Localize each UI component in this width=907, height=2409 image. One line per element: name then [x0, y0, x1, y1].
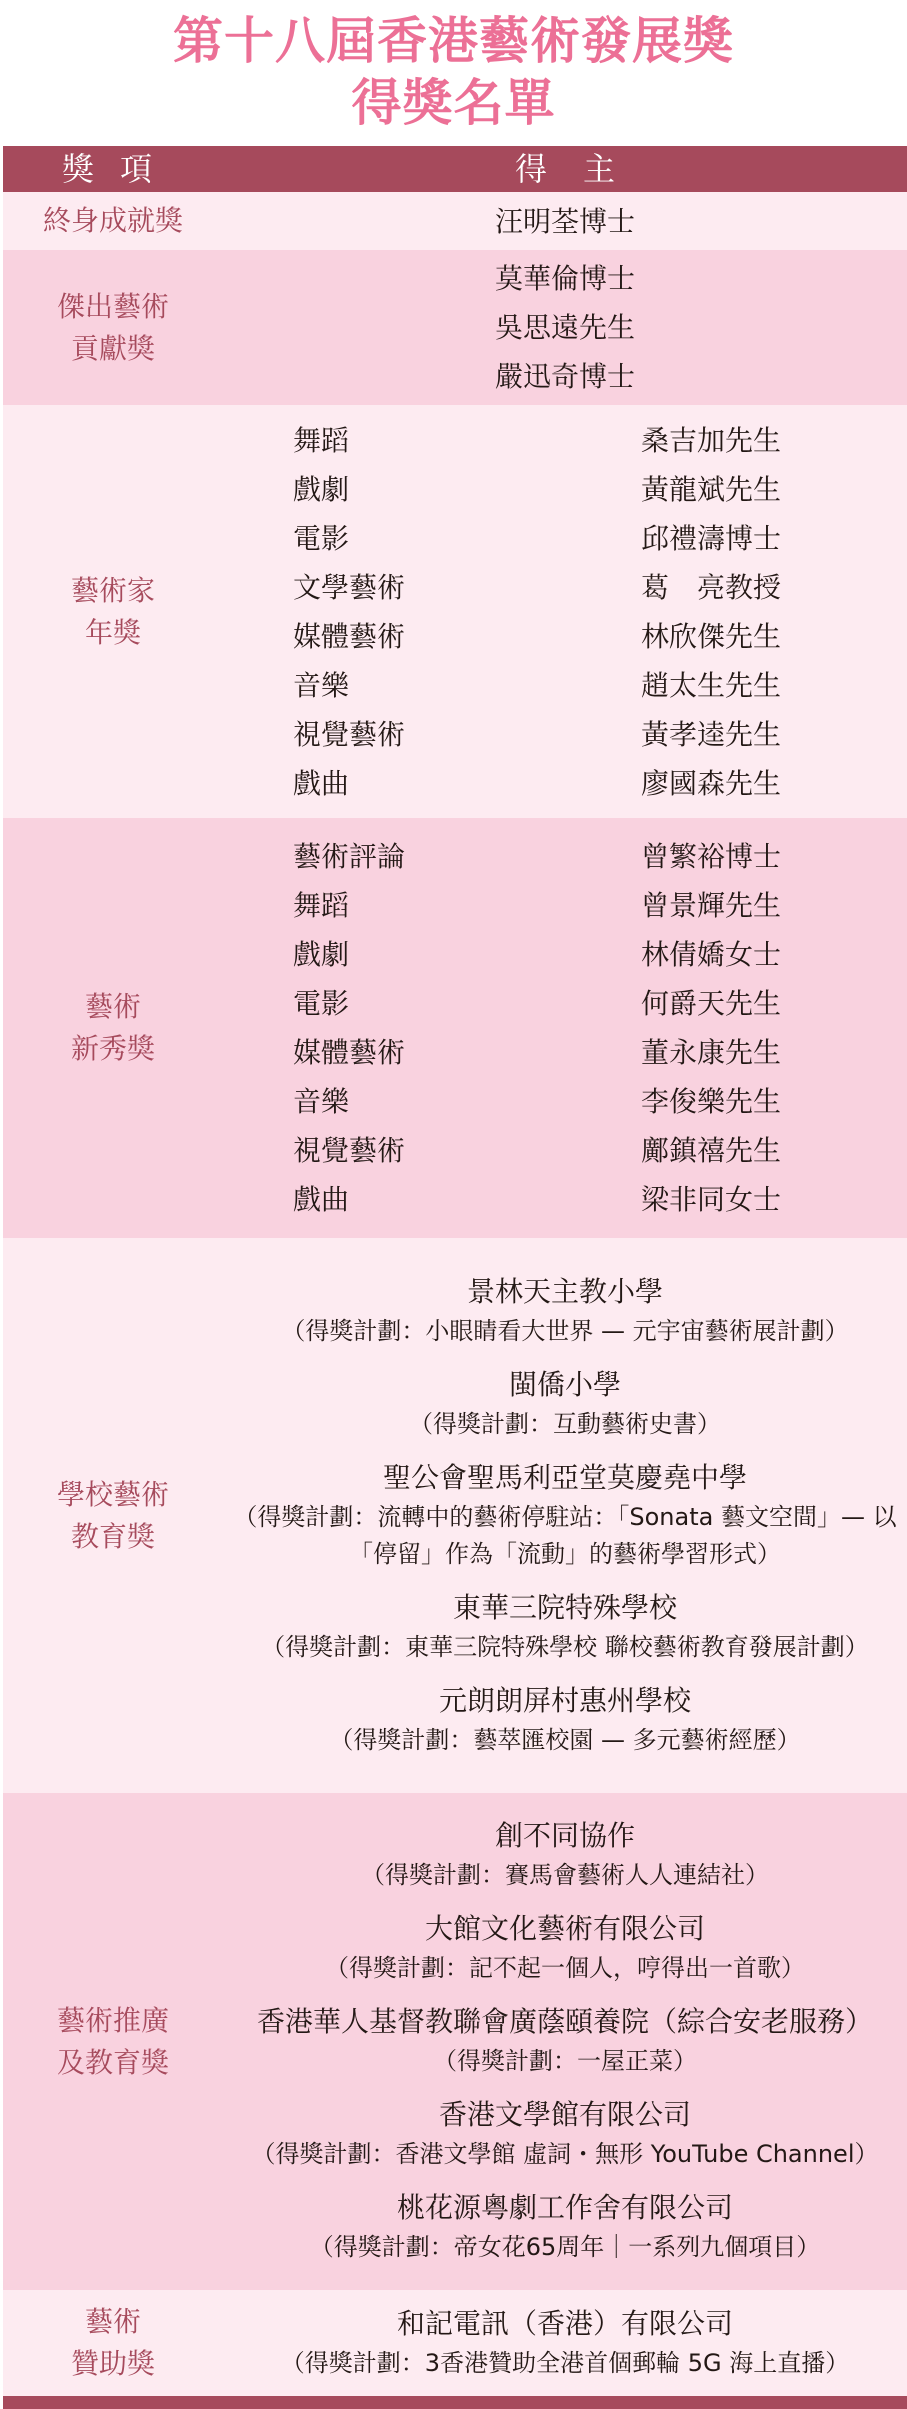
list-item: 電影何爵天先生 [3, 979, 907, 1028]
bottom-bar [3, 2396, 907, 2409]
list-item: 音樂李俊樂先生 [3, 1077, 907, 1126]
winner: 廖國森先生 [641, 759, 781, 808]
winner: 桑吉加先生 [641, 416, 781, 465]
list-item: 聖公會聖馬利亞堂莫慶堯中學 （得獎計劃：流轉中的藝術停駐站：「Sonata 藝文… [223, 1457, 907, 1573]
category-label: 傑出藝術 貢獻獎 [3, 250, 223, 405]
section-outstanding-contribution: 傑出藝術 貢獻獎 莫華倫博士 吳思遠先生 嚴迅奇博士 [3, 250, 907, 405]
organization-name: 景林天主教小學 [275, 1271, 854, 1313]
list-item: 東華三院特殊學校 （得獎計劃：東華三院特殊學校 聯校藝術教育發展計劃） [255, 1587, 875, 1666]
award-project: （得獎計劃：一屋正菜） [257, 2043, 873, 2080]
header-recipient: 得主 [223, 146, 907, 192]
winner: 曾景輝先生 [641, 881, 781, 930]
list-item: 創不同協作 （得獎計劃：賽馬會藝術人人連結社） [355, 1815, 775, 1894]
section-arts-sponsorship: 藝術 贊助獎 和記電訊（香港）有限公司 （得獎計劃：3香港贊助全港首個郵輪 5G… [3, 2290, 907, 2396]
recipient-name: 嚴迅奇博士 [495, 352, 635, 401]
list-item: 媒體藝術董永康先生 [3, 1028, 907, 1077]
award-project: （得獎計劃：流轉中的藝術停駐站：「Sonata 藝文空間」— 以「停留」作為「流… [223, 1499, 907, 1573]
organization-list: 和記電訊（香港）有限公司 （得獎計劃：3香港贊助全港首個郵輪 5G 海上直播） [223, 2290, 907, 2396]
organization-name: 香港文學館有限公司 [245, 2094, 884, 2136]
list-item: 閩僑小學 （得獎計劃：互動藝術史書） [403, 1364, 727, 1443]
recipient-list: 莫華倫博士 吳思遠先生 嚴迅奇博士 [223, 250, 907, 405]
winner: 梁非同女士 [641, 1175, 781, 1224]
winner: 邱禮濤博士 [641, 514, 781, 563]
list-item: 視覺藝術鄺鎮禧先生 [3, 1126, 907, 1175]
list-item: 戲曲廖國森先生 [3, 759, 907, 808]
recipient-list: 汪明荃博士 [223, 192, 907, 250]
list-item: 和記電訊（香港）有限公司 （得獎計劃：3香港贊助全港首個郵輪 5G 海上直播） [275, 2303, 855, 2382]
section-artist-of-the-year: 藝術家 年獎 舞蹈桑吉加先生 戲劇黃龍斌先生 電影邱禮濤博士 文學藝術葛 亮教授… [3, 405, 907, 818]
page-title: 第十八屆香港藝術發展獎 得獎名單 [0, 0, 907, 146]
list-item: 舞蹈曾景輝先生 [3, 881, 907, 930]
discipline: 戲曲 [293, 759, 349, 808]
section-arts-promotion-education: 藝術推廣 及教育獎 創不同協作 （得獎計劃：賽馬會藝術人人連結社） 大館文化藝術… [3, 1793, 907, 2290]
organization-name: 創不同協作 [355, 1815, 775, 1857]
award-project: （得獎計劃：帝女花65周年｜一系列九個項目） [304, 2229, 827, 2266]
list-item: 香港華人基督教聯會廣蔭頤養院（綜合安老服務） （得獎計劃：一屋正菜） [257, 2001, 873, 2080]
discipline: 戲劇 [293, 465, 349, 514]
award-project: （得獎計劃：香港文學館 虛詞・無形 YouTube Channel） [245, 2136, 884, 2173]
discipline-winner-list: 舞蹈桑吉加先生 戲劇黃龍斌先生 電影邱禮濤博士 文學藝術葛 亮教授 媒體藝術林欣… [3, 405, 907, 818]
organization-name: 大館文化藝術有限公司 [319, 1908, 811, 1950]
discipline: 媒體藝術 [293, 612, 405, 661]
organization-name: 桃花源粵劇工作舍有限公司 [304, 2187, 827, 2229]
list-item: 戲劇林倩嬌女士 [3, 930, 907, 979]
organization-name: 香港華人基督教聯會廣蔭頤養院（綜合安老服務） [257, 2001, 873, 2043]
discipline: 文學藝術 [293, 563, 405, 612]
winner: 曾繁裕博士 [641, 832, 781, 881]
organization-name: 和記電訊（香港）有限公司 [275, 2303, 855, 2345]
award-project: （得獎計劃：互動藝術史書） [403, 1406, 727, 1443]
list-item: 香港文學館有限公司 （得獎計劃：香港文學館 虛詞・無形 YouTube Chan… [245, 2094, 884, 2173]
winner: 何爵天先生 [641, 979, 781, 1028]
list-item: 戲曲梁非同女士 [3, 1175, 907, 1224]
discipline: 電影 [293, 514, 349, 563]
recipient-name: 汪明荃博士 [495, 197, 635, 246]
section-lifetime-achievement: 終身成就獎 汪明荃博士 [3, 192, 907, 250]
winner: 黃龍斌先生 [641, 465, 781, 514]
award-project: （得獎計劃：藝萃匯校園 — 多元藝術經歷） [323, 1722, 806, 1759]
winner: 董永康先生 [641, 1028, 781, 1077]
title-line-1: 第十八屆香港藝術發展獎 [0, 10, 907, 72]
recipient-name: 吳思遠先生 [495, 303, 635, 352]
discipline: 音樂 [293, 661, 349, 710]
list-item: 戲劇黃龍斌先生 [3, 465, 907, 514]
organization-name: 聖公會聖馬利亞堂莫慶堯中學 [223, 1457, 907, 1499]
section-school-arts-education: 學校藝術 教育獎 景林天主教小學 （得獎計劃：小眼睛看大世界 — 元宇宙藝術展計… [3, 1238, 907, 1793]
section-young-artist: 藝術 新秀獎 藝術評論曾繁裕博士 舞蹈曾景輝先生 戲劇林倩嬌女士 電影何爵天先生… [3, 818, 907, 1238]
winner: 李俊樂先生 [641, 1077, 781, 1126]
organization-list: 景林天主教小學 （得獎計劃：小眼睛看大世界 — 元宇宙藝術展計劃） 閩僑小學 （… [223, 1238, 907, 1793]
award-project: （得獎計劃：賽馬會藝術人人連結社） [355, 1857, 775, 1894]
discipline: 戲劇 [293, 930, 349, 979]
list-item: 景林天主教小學 （得獎計劃：小眼睛看大世界 — 元宇宙藝術展計劃） [275, 1271, 854, 1350]
awards-table: 獎項 得主 終身成就獎 汪明荃博士 傑出藝術 貢獻獎 莫華倫博士 吳思遠先生 嚴… [3, 146, 907, 2396]
list-item: 大館文化藝術有限公司 （得獎計劃：記不起一個人，哼得出一首歌） [319, 1908, 811, 1987]
list-item: 音樂趙太生先生 [3, 661, 907, 710]
winner: 鄺鎮禧先生 [641, 1126, 781, 1175]
list-item: 電影邱禮濤博士 [3, 514, 907, 563]
category-label: 藝術推廣 及教育獎 [3, 1793, 223, 2290]
category-label: 學校藝術 教育獎 [3, 1238, 223, 1793]
discipline: 視覺藝術 [293, 1126, 405, 1175]
discipline: 戲曲 [293, 1175, 349, 1224]
discipline: 藝術評論 [293, 832, 405, 881]
winner: 黃孝逵先生 [641, 710, 781, 759]
list-item: 文學藝術葛 亮教授 [3, 563, 907, 612]
list-item: 媒體藝術林欣傑先生 [3, 612, 907, 661]
list-item: 舞蹈桑吉加先生 [3, 416, 907, 465]
discipline-winner-list: 藝術評論曾繁裕博士 舞蹈曾景輝先生 戲劇林倩嬌女士 電影何爵天先生 媒體藝術董永… [3, 818, 907, 1238]
discipline: 舞蹈 [293, 416, 349, 465]
title-line-2: 得獎名單 [0, 72, 907, 134]
category-label: 藝術 贊助獎 [3, 2290, 223, 2396]
award-project: （得獎計劃：記不起一個人，哼得出一首歌） [319, 1950, 811, 1987]
discipline: 音樂 [293, 1077, 349, 1126]
award-project: （得獎計劃：東華三院特殊學校 聯校藝術教育發展計劃） [255, 1629, 875, 1666]
organization-name: 元朗朗屏村惠州學校 [323, 1680, 806, 1722]
list-item: 視覺藝術黃孝逵先生 [3, 710, 907, 759]
organization-list: 創不同協作 （得獎計劃：賽馬會藝術人人連結社） 大館文化藝術有限公司 （得獎計劃… [223, 1793, 907, 2290]
list-item: 藝術評論曾繁裕博士 [3, 832, 907, 881]
organization-name: 閩僑小學 [403, 1364, 727, 1406]
winner: 葛 亮教授 [641, 563, 781, 612]
recipient-name: 莫華倫博士 [495, 254, 635, 303]
list-item: 桃花源粵劇工作舍有限公司 （得獎計劃：帝女花65周年｜一系列九個項目） [304, 2187, 827, 2266]
award-project: （得獎計劃：小眼睛看大世界 — 元宇宙藝術展計劃） [275, 1313, 854, 1350]
discipline: 媒體藝術 [293, 1028, 405, 1077]
winner: 趙太生先生 [641, 661, 781, 710]
discipline: 視覺藝術 [293, 710, 405, 759]
category-label: 終身成就獎 [3, 192, 223, 250]
winner: 林欣傑先生 [641, 612, 781, 661]
header-award: 獎項 [3, 146, 223, 192]
list-item: 元朗朗屏村惠州學校 （得獎計劃：藝萃匯校園 — 多元藝術經歷） [323, 1680, 806, 1759]
table-header: 獎項 得主 [3, 146, 907, 192]
award-project: （得獎計劃：3香港贊助全港首個郵輪 5G 海上直播） [275, 2345, 855, 2382]
winner: 林倩嬌女士 [641, 930, 781, 979]
organization-name: 東華三院特殊學校 [255, 1587, 875, 1629]
discipline: 舞蹈 [293, 881, 349, 930]
discipline: 電影 [293, 979, 349, 1028]
